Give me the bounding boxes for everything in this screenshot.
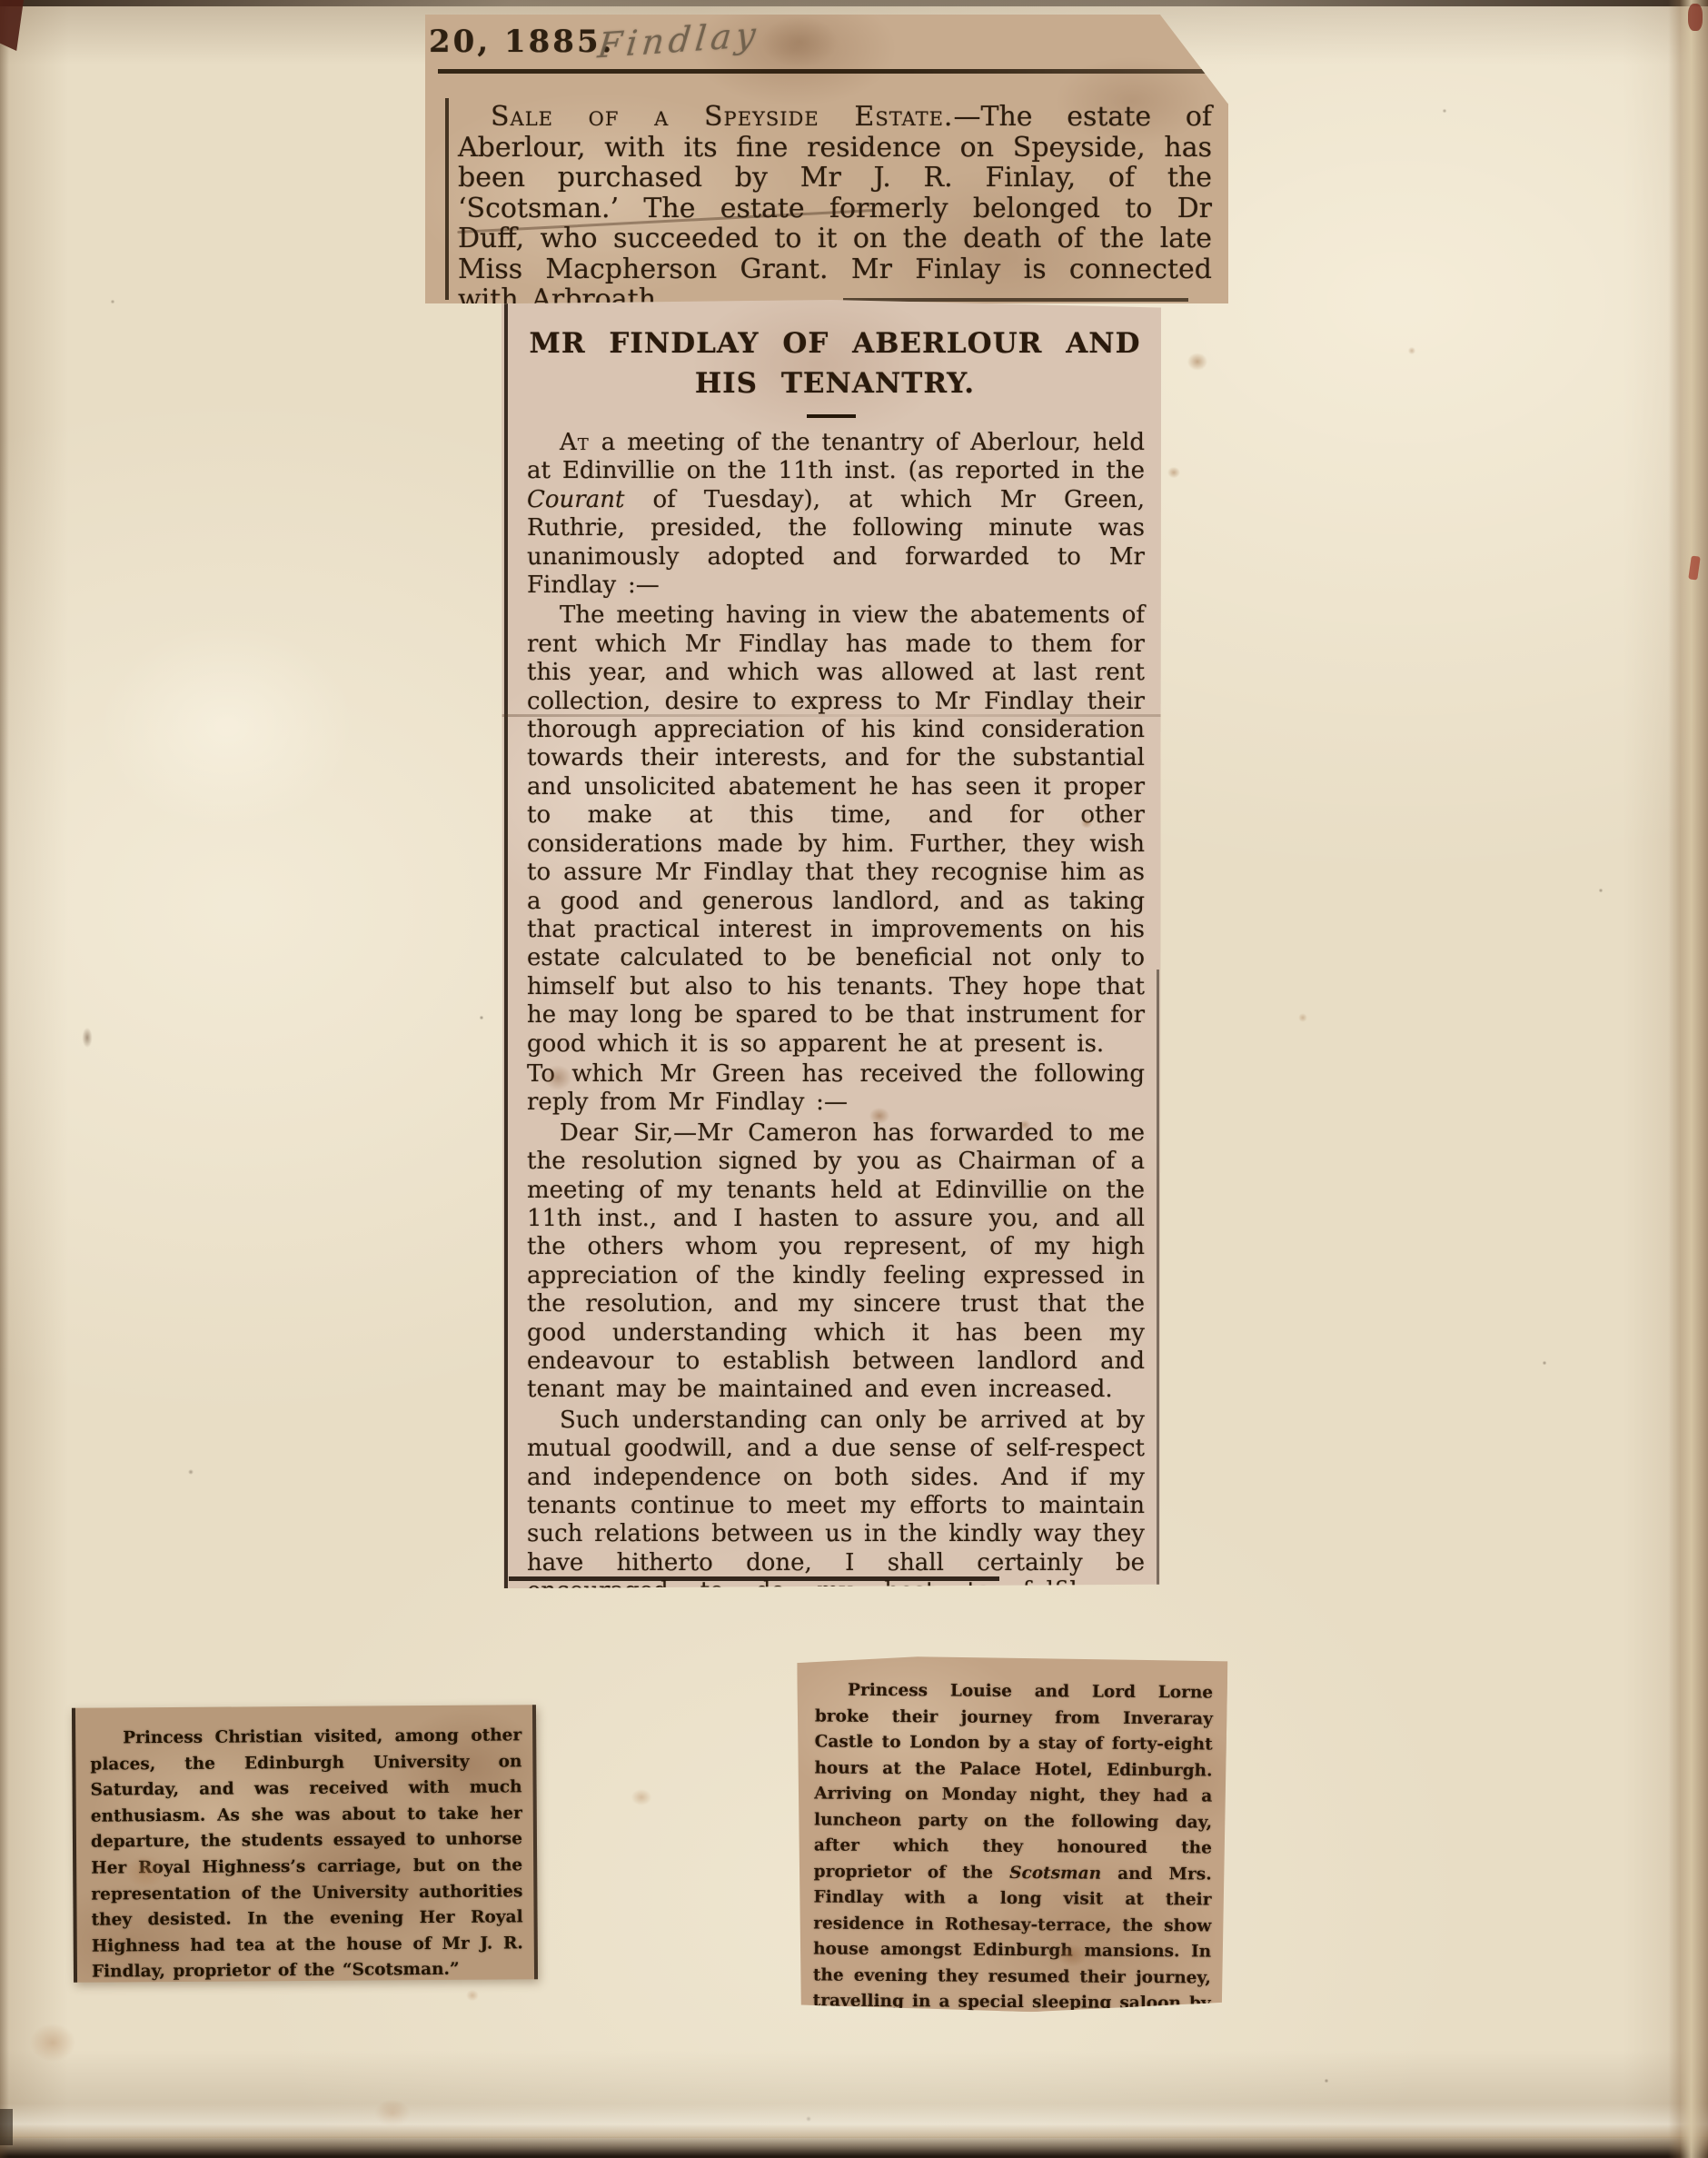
text-segment: and Mrs. Findlay with a long visit at th… [812, 1864, 1211, 2013]
clipping-speyside-sale: 20, 1885. Findlay Sale of a Speyside Est… [425, 15, 1228, 303]
column-rule [504, 300, 508, 1588]
red-edge-mark [1688, 555, 1701, 580]
text-segment: Princess Christian visited, among other … [90, 1725, 523, 1982]
scan-corner-mark [1688, 4, 1703, 31]
page-edge-bottom [0, 2136, 1708, 2158]
clipping-paragraph: At a meeting of the tenantry of Aberlour… [527, 429, 1145, 600]
clipping-paragraph: Princess Christian visited, among other … [90, 1723, 523, 1982]
page-edge-right [1668, 0, 1708, 2158]
column-rule [445, 98, 449, 300]
text-segment: Princess Louise and Lord Lorne broke the… [814, 1681, 1214, 1883]
clipping-text: At a meeting of the tenantry of Aberlour… [527, 429, 1145, 1663]
text-segment: Such understanding can only be arrived a… [527, 1407, 1145, 1662]
page-edge-left [0, 0, 9, 2158]
scrapbook-page: { "page": { "date_fragment": "20, 1885."… [0, 0, 1708, 2158]
text-segment-italic: Courant [527, 486, 624, 513]
clipping-paragraph: The meeting having in view the abatement… [527, 602, 1145, 1059]
paper-crease [501, 714, 1161, 717]
clipping-headline-line1: MR FINDLAY OF ABERLOUR AND [520, 323, 1150, 363]
printed-rule [438, 69, 1219, 74]
text-segment-smallcaps: At [560, 429, 590, 456]
text-segment: The meeting having in view the abatement… [527, 602, 1145, 1057]
clipping-paragraph: Sale of a Speyside Estate.—The estate of… [458, 102, 1212, 315]
printed-rule [843, 298, 1188, 302]
scan-corner-mark [0, 2109, 13, 2145]
clipping-text: Princess Christian visited, among other … [90, 1723, 523, 1982]
clipping-princess-christian: Princess Christian visited, among other … [72, 1705, 538, 1983]
clipping-findlay-tenantry: MR FINDLAY OF ABERLOUR AND HIS TENANTRY.… [501, 300, 1161, 1588]
column-rule [1157, 970, 1159, 1588]
page-curl-highlight [0, 2103, 1708, 2138]
text-segment: a meeting of the tenantry of Aberlour, h… [527, 429, 1145, 484]
page-edge-top [0, 0, 1708, 6]
clipping-princess-louise: Princess Louise and Lord Lorne broke the… [795, 1654, 1228, 2013]
printed-date: 20, 1885. [429, 24, 614, 60]
text-segment: —The estate of Aberlour, with its fine r… [458, 101, 1212, 315]
text-segment-smallcaps: Sale of a Speyside Estate. [491, 101, 953, 133]
clipping-paragraph: Dear Sir,—Mr Cameron has forwarded to me… [527, 1119, 1145, 1405]
text-segment-italic: Scotsman [1009, 1863, 1101, 1883]
clipping-headline-line2: HIS TENANTRY. [520, 363, 1150, 403]
headline-divider-rule [807, 414, 856, 418]
text-segment: To which Mr Green has received the follo… [527, 1060, 1145, 1116]
clipping-paragraph: To which Mr Green has received the follo… [527, 1060, 1145, 1118]
text-segment: Dear Sir,—Mr Cameron has forwarded to me… [527, 1119, 1145, 1404]
clipping-paragraph: Such understanding can only be arrived a… [527, 1407, 1145, 1664]
clipping-text: Princess Louise and Lord Lorne broke the… [812, 1677, 1213, 2013]
handwritten-note: Findlay [596, 15, 762, 66]
scan-corner-mark [0, 0, 24, 51]
clipping-text: Sale of a Speyside Estate.—The estate of… [458, 102, 1212, 315]
printed-rule [509, 1576, 999, 1581]
clipping-paragraph: Princess Louise and Lord Lorne broke the… [812, 1677, 1213, 2013]
